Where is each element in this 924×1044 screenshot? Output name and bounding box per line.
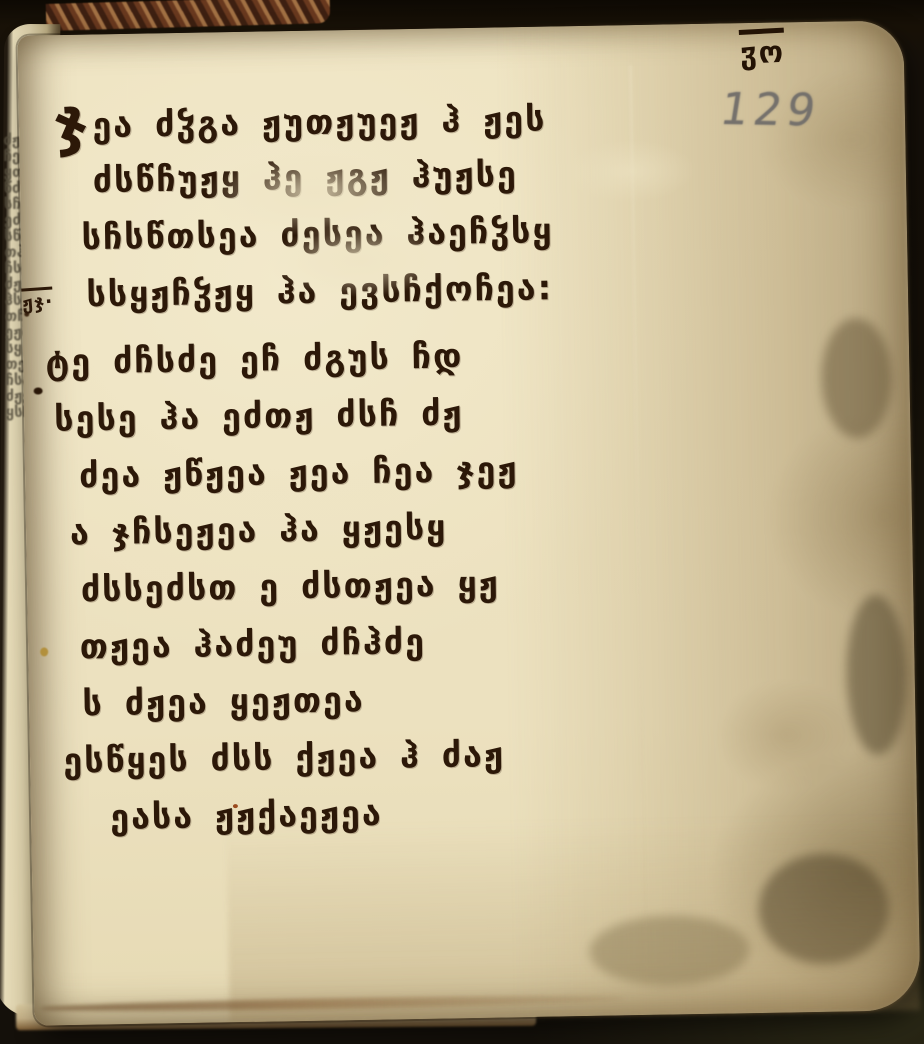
manuscript-line: სესე ჰა ეძთჟ ძსჩ ძჟ <box>54 384 557 448</box>
manuscript-line: ა ჯჩსეჟეა ჰა ყჟესყ <box>70 498 559 562</box>
manuscript-page: ჳო 129 ჟჯ· ჯეა ძჴგა ჟუთჟუეჟ ჰ ჟეს ძსწჩუჟ… <box>17 20 920 1025</box>
drop-cap: ჯ <box>53 100 91 142</box>
quire-mark: ჳო <box>739 28 786 72</box>
page-number-pencil: 129 <box>717 84 824 137</box>
stain-overlay-bottom <box>226 812 920 1022</box>
manuscript-line: ს ძჟეა ყეჟთეა <box>82 669 561 733</box>
manuscript-line: ეასა ჟჟქაეჟეა <box>110 783 563 847</box>
line-text: ეა ძჴგა ჟუთჟუეჟ ჰ ჟეს <box>92 99 547 146</box>
manuscript-photo: ძჟსჩეჰყთწძჰსჩჟეძყსწთჰჩსეძჟყჰსთჩეჟძსყთეჩს… <box>0 0 924 1044</box>
manuscript-line: ძეა ჟწჟეა ჟეა ჩეა ჯეჟ <box>79 441 558 505</box>
manuscript-line: ტე ძჩსძე ეჩ ძგუს ჩდ <box>45 327 556 392</box>
manuscript-line: ესწყეს ძსს ქჟეა ჰ ძაჟ <box>63 726 562 790</box>
manuscript-line: ჯეა ძჴგა ჟუთჟუეჟ ჰ ჟეს <box>53 89 552 153</box>
manuscript-line: ძსსეძსთ ე ძსთჟეა ყჟ <box>80 555 559 619</box>
manuscript-line: თჟეა ჰაძეუ ძჩჰძე <box>79 612 560 676</box>
